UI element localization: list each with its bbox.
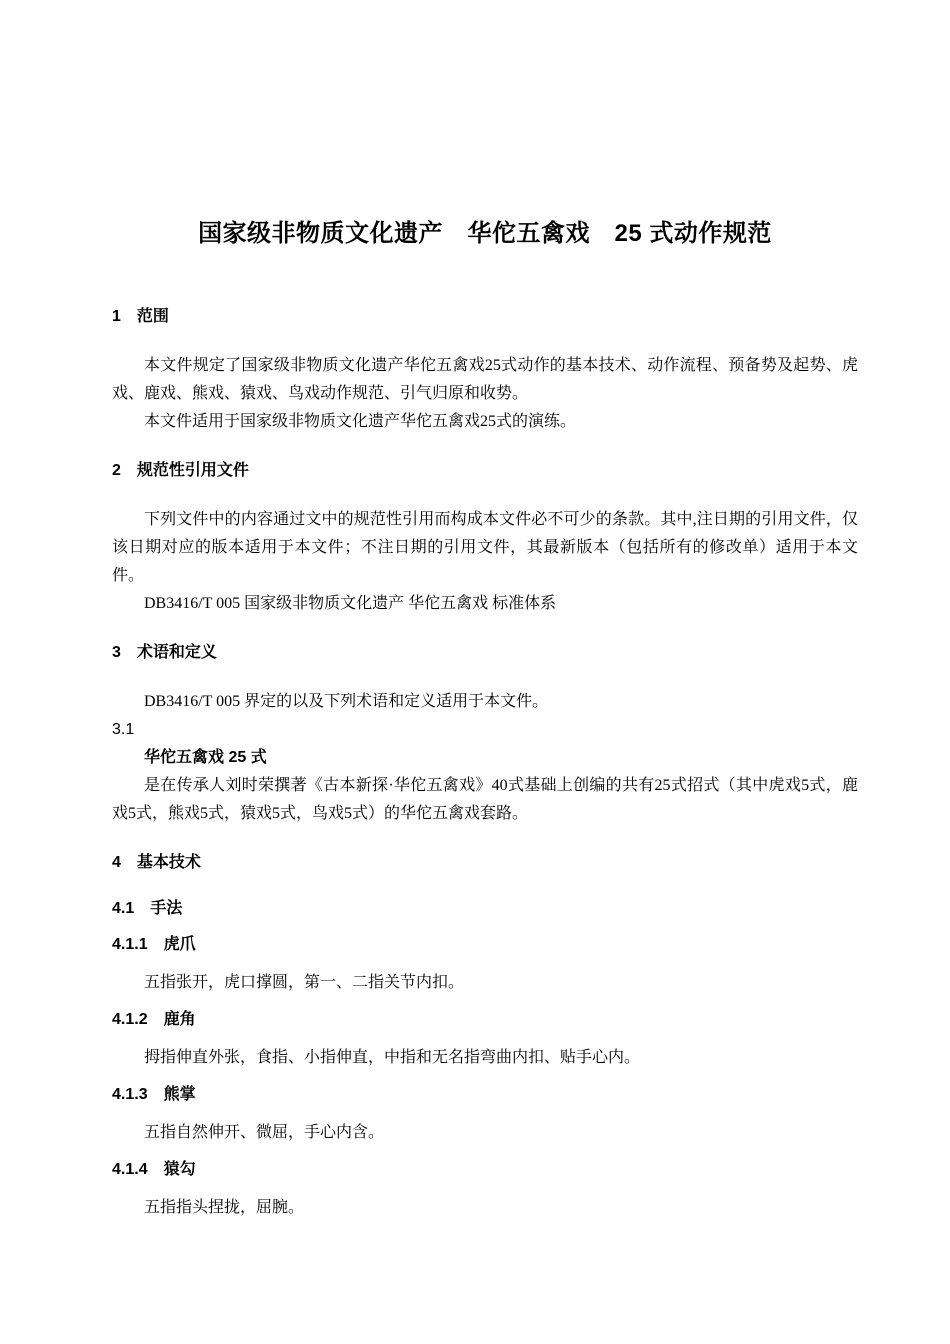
paragraph-scope-1: 本文件规定了国家级非物质文化遗产华佗五禽戏25式动作的基本技术、动作流程、预备势…: [112, 352, 858, 408]
section-heading-scope: 1 范围: [112, 306, 858, 327]
term-number: 3.1: [112, 716, 858, 744]
paragraph-terms-intro: DB3416/T 005 界定的以及下列术语和定义适用于本文件。: [112, 688, 858, 716]
paragraph-monkey-hook: 五指指头捏拢，屈腕。: [112, 1194, 858, 1222]
section-heading-normative-references: 2 规范性引用文件: [112, 460, 858, 481]
clause-heading-bear-palm: 4.1.3 熊掌: [112, 1084, 858, 1105]
clause-heading-monkey-hook: 4.1.4 猿勾: [112, 1159, 858, 1180]
term-definition: 是在传承人刘时荣撰著《古本新探·华佗五禽戏》40式基础上创编的共有25式招式（其…: [112, 772, 858, 828]
paragraph-scope-2: 本文件适用于国家级非物质文化遗产华佗五禽戏25式的演练。: [112, 408, 858, 436]
paragraph-deer-antler: 拇指伸直外张，食指、小指伸直，中指和无名指弯曲内扣、贴手心内。: [112, 1044, 858, 1072]
document-content: 国家级非物质文化遗产 华佗五禽戏 25 式动作规范 1 范围 本文件规定了国家级…: [0, 0, 950, 1222]
paragraph-bear-palm: 五指自然伸开、微屈，手心内含。: [112, 1119, 858, 1147]
clause-heading-tiger-claw: 4.1.1 虎爪: [112, 934, 858, 955]
clause-heading-deer-antler: 4.1.2 鹿角: [112, 1009, 858, 1030]
section-heading-terms: 3 术语和定义: [112, 642, 858, 663]
term-name: 华佗五禽戏 25 式: [112, 744, 858, 772]
reference-entry: DB3416/T 005 国家级非物质文化遗产 华佗五禽戏 标准体系: [112, 590, 858, 618]
document-title: 国家级非物质文化遗产 华佗五禽戏 25 式动作规范: [112, 218, 858, 250]
paragraph-references-intro: 下列文件中的内容通过文中的规范性引用而构成本文件必不可少的条款。其中,注日期的引…: [112, 506, 858, 590]
document-page: 国家级非物质文化遗产 华佗五禽戏 25 式动作规范 1 范围 本文件规定了国家级…: [0, 0, 950, 1344]
section-heading-basic-techniques: 4 基本技术: [112, 852, 858, 873]
subsection-heading-hand-methods: 4.1 手法: [112, 898, 858, 919]
paragraph-tiger-claw: 五指张开，虎口撑圆，第一、二指关节内扣。: [112, 969, 858, 997]
